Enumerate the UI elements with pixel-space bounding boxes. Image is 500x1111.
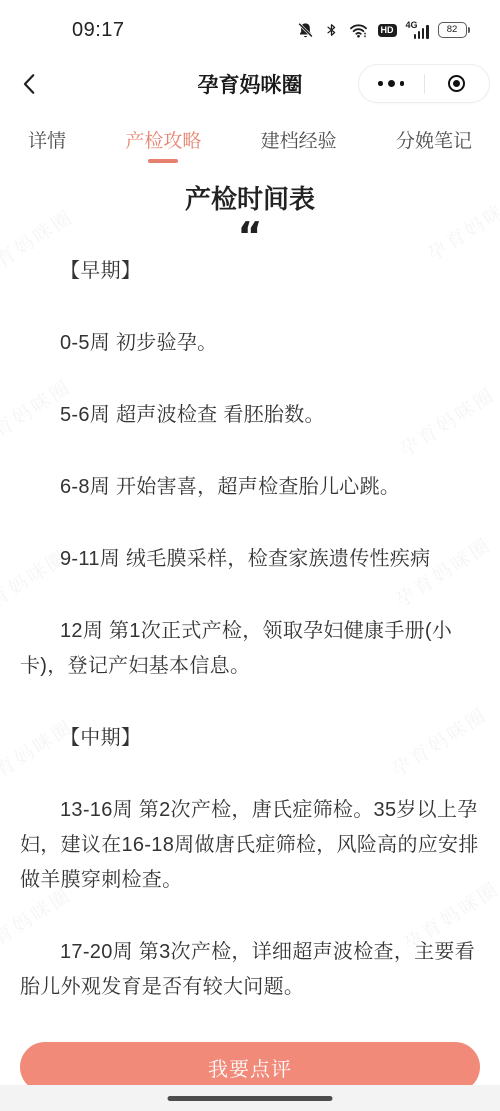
close-minimize-button[interactable] [425, 65, 490, 102]
wifi-icon [348, 21, 369, 40]
mini-program-screen: 孕育妈咪圈 孕育妈咪圈 孕育妈咪圈 孕育妈咪圈 孕育妈咪圈 孕育妈咪圈 孕育妈咪… [0, 0, 500, 1111]
article-paragraph: 【中期】 [20, 721, 480, 756]
tab[interactable]: 产检攻略 [125, 120, 201, 165]
article-paragraph: 17-20周 第3次产检，详细超声波检查，主要看胎儿外观发育是否有较大问题。 [20, 935, 480, 1005]
article: 产检时间表 “ 【早期】 0-5周 初步验孕。 5-6周 超声波检查 看胚胎数。… [0, 182, 500, 1005]
tab[interactable]: 详情 [28, 120, 66, 165]
article-paragraph: 12周 第1次正式产检，领取孕妇健康手册(小卡)，登记产妇基本信息。 [20, 614, 480, 684]
notifications-muted-icon [296, 21, 315, 40]
battery-level: 82 [438, 22, 467, 38]
mini-program-capsule [358, 64, 490, 103]
bluetooth-icon [324, 21, 339, 39]
close-circle-icon [448, 75, 465, 92]
cellular-signal-icon: 4G [406, 21, 429, 40]
tab[interactable]: 分娩笔记 [396, 120, 472, 165]
nav-bar: 孕育妈咪圈 [0, 54, 500, 114]
battery-nub [468, 27, 471, 34]
hd-voice-badge: HD [378, 24, 397, 37]
more-dots-icon [378, 80, 404, 87]
tab[interactable]: 建档经验 [261, 120, 337, 165]
quote-mark: “ [0, 224, 500, 248]
clock: 09:17 [72, 19, 125, 42]
back-chevron-icon [19, 71, 41, 97]
home-indicator[interactable] [168, 1096, 333, 1101]
gesture-area [0, 1085, 500, 1111]
back-button[interactable] [14, 68, 46, 100]
article-paragraph: 13-16周 第2次产检，唐氏症筛检。35岁以上孕妇，建议在16-18周做唐氏症… [20, 793, 480, 898]
tab-bar: 详情 产检攻略 建档经验 分娩笔记 [0, 114, 500, 170]
article-title: 产检时间表 [0, 182, 500, 216]
signal-bars [414, 25, 429, 39]
more-options-button[interactable] [359, 65, 424, 102]
article-paragraph: 【早期】 [20, 254, 480, 289]
article-body: 【早期】 0-5周 初步验孕。 5-6周 超声波检查 看胚胎数。 6-8周 开始… [0, 254, 500, 1005]
article-paragraph: 0-5周 初步验孕。 [20, 326, 480, 361]
article-paragraph: 9-11周 绒毛膜采样，检查家族遗传性疾病 [20, 542, 480, 577]
battery-icon: 82 [438, 22, 471, 38]
article-paragraph: 6-8周 开始害喜，超声检查胎儿心跳。 [20, 470, 480, 505]
article-paragraph: 5-6周 超声波检查 看胚胎数。 [20, 398, 480, 433]
status-icons: HD 4G 82 [296, 21, 471, 40]
status-bar: 09:17 HD 4G [0, 0, 500, 54]
